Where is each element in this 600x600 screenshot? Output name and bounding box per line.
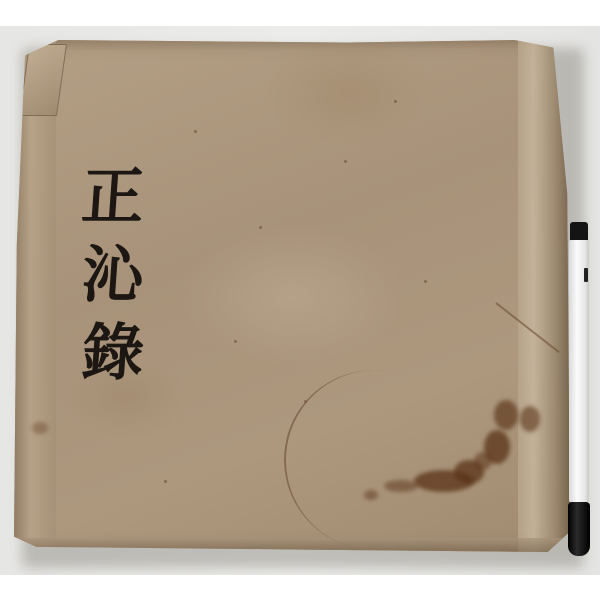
stain xyxy=(494,400,518,430)
speck xyxy=(194,130,197,133)
ballpoint-pen xyxy=(568,222,590,556)
pen-end-cap xyxy=(570,222,588,240)
speck xyxy=(424,280,427,283)
speck xyxy=(394,100,397,103)
speck xyxy=(259,226,262,229)
speck xyxy=(344,160,347,163)
title-char-3: 錄 xyxy=(79,314,146,392)
pen-cap xyxy=(568,502,590,556)
photo-background: 正 沁 錄 xyxy=(0,26,600,575)
title-char-1: 正 xyxy=(79,158,146,236)
speck xyxy=(234,340,237,343)
stain xyxy=(32,422,48,434)
stain xyxy=(364,490,378,500)
pen-clip xyxy=(584,268,588,282)
stain xyxy=(520,406,540,432)
book-title: 正 沁 錄 xyxy=(68,158,158,392)
book-left-fold xyxy=(14,40,56,552)
title-char-2: 沁 xyxy=(79,236,146,314)
stain xyxy=(384,480,418,492)
book-cover: 正 沁 錄 xyxy=(14,40,570,552)
speck xyxy=(164,480,167,483)
speck xyxy=(304,400,307,403)
curved-crease-mark xyxy=(270,356,480,565)
book-top-edge xyxy=(14,40,570,50)
stain xyxy=(474,452,492,470)
